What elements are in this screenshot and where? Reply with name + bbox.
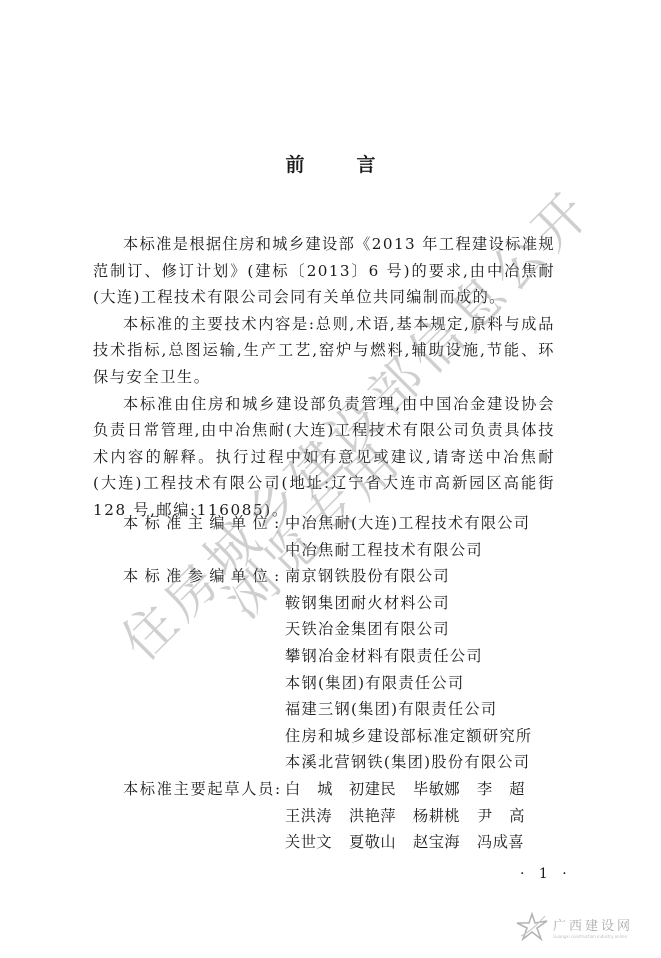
drafters-label: 本标准主要起草人员: <box>93 776 285 803</box>
page-title: 前言 <box>0 150 661 177</box>
credits-section: 本标准主编单位: 中冶焦耐(大连)工程技术有限公司 中冶焦耐工程技术有限公司 本… <box>93 510 563 856</box>
drafter-name: 关世文 <box>285 829 349 856</box>
chief-editor-row: 本标准主编单位: 中冶焦耐(大连)工程技术有限公司 <box>93 510 563 537</box>
paragraph-2: 本标准的主要技术内容是:总则,术语,基本规定,原料与成品技术指标,总图运输,生产… <box>93 311 555 391</box>
drafter-name: 白城 <box>285 776 349 803</box>
participating-row: 本标准参编单位: 南京钢铁股份有限公司 <box>93 563 563 590</box>
title-char-2: 言 <box>357 150 376 177</box>
participating-row: 福建三钢(集团)有限责任公司 <box>93 696 563 723</box>
drafter-name: 赵宝海 <box>413 829 477 856</box>
logo-name: 广西建设网 <box>553 915 633 934</box>
page-number: · 1 · <box>520 866 572 882</box>
chief-editor-unit: 中冶焦耐(大连)工程技术有限公司 <box>285 510 530 537</box>
drafter-name: 王洪涛 <box>285 803 349 830</box>
paragraph-3: 本标准由住房和城乡建设部负责管理,由中国冶金建设协会负责日常管理,由中冶焦耐(大… <box>93 391 555 524</box>
drafter-name: 初建民 <box>349 776 413 803</box>
chief-editor-row: 中冶焦耐工程技术有限公司 <box>93 537 563 564</box>
drafter-name: 洪艳萍 <box>349 803 413 830</box>
drafters-row: 本标准主要起草人员: 白城 初建民 毕敏娜 李超 <box>93 776 563 803</box>
drafter-name: 李超 <box>477 776 541 803</box>
participating-row: 攀钢冶金材料有限责任公司 <box>93 643 563 670</box>
participating-unit: 天铁冶金集团有限公司 <box>285 616 450 643</box>
participating-unit: 本钢(集团)有限责任公司 <box>285 670 464 697</box>
drafters-row: 王洪涛 洪艳萍 杨耕桃 尹高 <box>93 803 563 830</box>
drafters-row: 关世文 夏敬山 赵宝海 冯成喜 <box>93 829 563 856</box>
participating-unit: 南京钢铁股份有限公司 <box>285 563 450 590</box>
logo-subtitle: Guangxi construction industry online <box>553 934 633 939</box>
participating-row: 鞍钢集团耐火材料公司 <box>93 590 563 617</box>
site-logo: 广西建设网 Guangxi construction industry onli… <box>515 912 633 942</box>
paragraph-1: 本标准是根据住房和城乡建设部《2013 年工程建设标准规范制订、修订计划》(建标… <box>93 231 555 311</box>
drafter-name: 杨耕桃 <box>413 803 477 830</box>
participating-unit: 鞍钢集团耐火材料公司 <box>285 590 450 617</box>
document-page: 前言 本标准是根据住房和城乡建设部《2013 年工程建设标准规范制订、修订计划》… <box>0 0 661 958</box>
participating-row: 本钢(集团)有限责任公司 <box>93 670 563 697</box>
preface-body: 本标准是根据住房和城乡建设部《2013 年工程建设标准规范制订、修订计划》(建标… <box>93 231 555 524</box>
participating-row: 本溪北营钢铁(集团)股份有限公司 <box>93 749 563 776</box>
participating-unit: 本溪北营钢铁(集团)股份有限公司 <box>285 749 530 776</box>
drafter-name: 毕敏娜 <box>413 776 477 803</box>
drafter-name: 尹高 <box>477 803 541 830</box>
participating-unit: 攀钢冶金材料有限责任公司 <box>285 643 483 670</box>
chief-editor-label: 本标准主编单位: <box>93 510 285 537</box>
chief-editor-unit: 中冶焦耐工程技术有限公司 <box>285 537 483 564</box>
drafter-name: 冯成喜 <box>477 829 541 856</box>
participating-row: 住房和城乡建设部标准定额研究所 <box>93 723 563 750</box>
title-char-1: 前 <box>285 150 304 177</box>
participating-row: 天铁冶金集团有限公司 <box>93 616 563 643</box>
participating-label: 本标准参编单位: <box>93 563 285 590</box>
star-logo-icon <box>515 912 549 942</box>
drafter-name: 夏敬山 <box>349 829 413 856</box>
participating-unit: 福建三钢(集团)有限责任公司 <box>285 696 497 723</box>
participating-unit: 住房和城乡建设部标准定额研究所 <box>285 723 532 750</box>
